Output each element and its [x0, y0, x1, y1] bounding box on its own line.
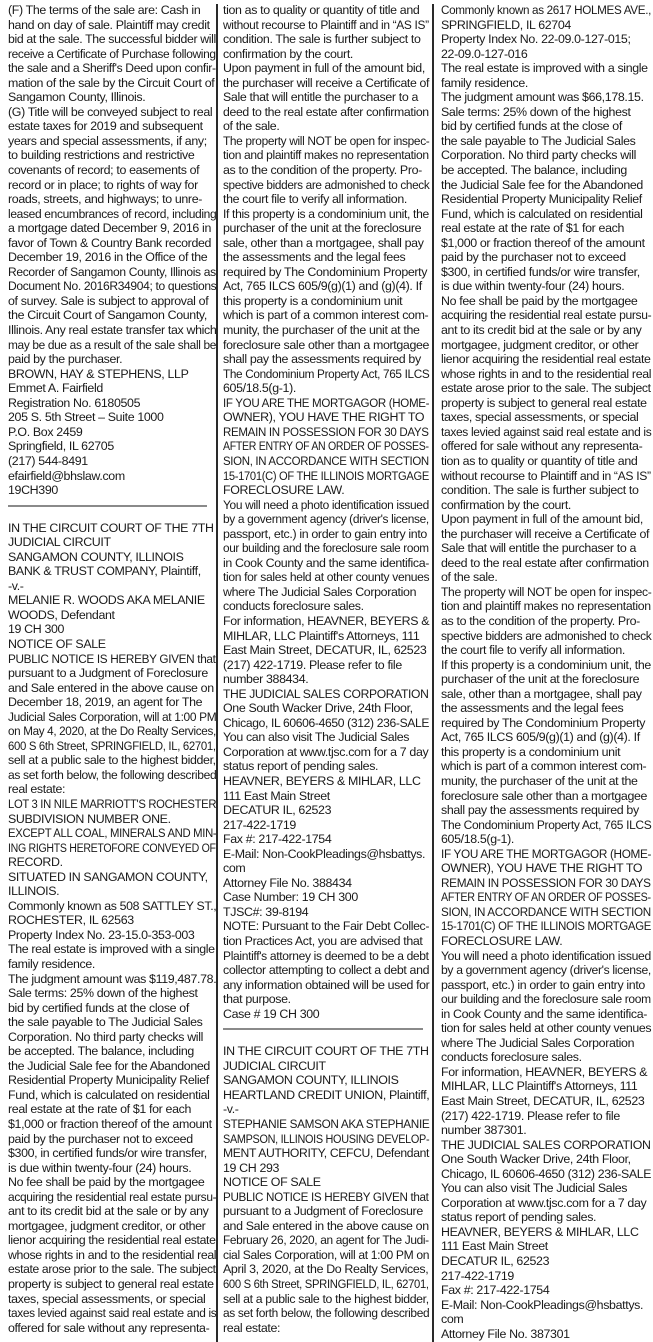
notice-line: The judgment amount was $66,178.15. — [441, 90, 644, 105]
notice-line: pursuant to a Judgment of Foreclosure — [223, 1204, 423, 1219]
notice-line: tion for sales held at other county venu… — [441, 1021, 651, 1036]
notice-line: THE JUDICIAL SALES CORPORATION — [223, 687, 429, 702]
notice-line: Attorney File No. 388434 — [223, 876, 352, 891]
notice-line: NOTE: Pursuant to the Fair Debt Collec- — [223, 919, 429, 934]
notice-line: 605/18.5(g-1). — [441, 832, 514, 847]
notice-line: SAMPSON, ILLINOIS HOUSING DEVELOP- — [223, 1132, 429, 1147]
notice-line: FORECLOSURE LAW. — [223, 483, 344, 498]
notice-line: mation of the sale by the Circuit Court … — [8, 76, 214, 91]
notice-line: 19 CH 300 — [8, 622, 64, 637]
notice-line: (217) 544-8491 — [8, 454, 88, 469]
notice-line: Fax #: 217-422-1754 — [441, 1283, 549, 1298]
notice-line: Judicial Sales Corporation, will at 1:00… — [8, 710, 216, 725]
notice-line: DECATUR IL, 62523 — [441, 1254, 549, 1269]
notice-text-block: Commonly known as 2617 HOLMES AVE.,SPRIN… — [441, 3, 651, 1341]
notice-line: If this property is a condominium unit, … — [441, 658, 651, 673]
notice-line: The property will NOT be open for inspec… — [441, 585, 651, 600]
notice-line: of the sale. — [441, 570, 497, 585]
notice-line: 217-422-1719 — [441, 1269, 514, 1284]
notice-line: number 387301. — [441, 1123, 526, 1138]
notice-line: bid by certified funds at the close of — [8, 1001, 189, 1016]
notice-line: -v.- — [223, 1102, 239, 1117]
notice-line: number 388434. — [223, 672, 308, 687]
notice-line: Sale that will entitle the purchaser to … — [441, 541, 636, 556]
notice-line: in Cook County and the same identifica- — [223, 556, 429, 571]
notice-line: SANGAMON COUNTY, ILLINOIS — [223, 1073, 399, 1088]
notice-line: sell at a public sale to the highest bid… — [223, 1292, 429, 1307]
notice-line: Corporation at www.tjsc.com for a 7 day — [223, 745, 428, 760]
notice-line: where The Judicial Sales Corporation — [441, 1036, 634, 1051]
notice-line: real estate at the rate of $1 for each — [8, 1102, 191, 1117]
notice-line: property is subject to general real esta… — [441, 396, 647, 411]
notice-line: taxes, special assessments, or special — [441, 410, 638, 425]
notice-line: Document No. 2016R34904; to questions — [8, 279, 216, 294]
notice-line: 605/18.5(g-1). — [223, 381, 296, 396]
notice-line: Upon payment in full of the amount bid, — [441, 512, 643, 527]
notice-line: which is part of a common interest com- — [441, 759, 646, 774]
notice-line: HEARTLAND CREDIT UNION, Plaintiff, — [223, 1088, 429, 1103]
notice-text-block: (F) The terms of the sale are: Cash inha… — [8, 3, 216, 498]
notice-line: No fee shall be paid by the mortgagee — [8, 1175, 204, 1190]
notice-line: this property is a condominium unit — [223, 294, 402, 309]
notice-separator-rule — [223, 1028, 423, 1030]
notice-line: AFTER ENTRY OF AN ORDER OF POSSES- — [441, 890, 651, 905]
notice-line: The Condominium Property Act, 765 ILCS — [223, 367, 429, 382]
notice-line: spective bidders are admonished to check — [223, 178, 429, 193]
notice-line: IF YOU ARE THE MORTGAGOR (HOME- — [223, 396, 429, 411]
notice-line: OWNER), YOU HAVE THE RIGHT TO — [223, 410, 424, 425]
notice-line: SPRINGFIELD, IL 62704 — [441, 18, 571, 33]
notice-line: If this property is a condominium unit, … — [223, 207, 429, 222]
notice-line: MIHLAR, LLC Plaintiff's Attorneys, 111 — [223, 629, 419, 644]
notice-line: (217) 422-1719. Please refer to file — [223, 658, 402, 673]
notice-line: (F) The terms of the sale are: Cash in — [8, 3, 200, 18]
notice-line: and Sale entered in the above cause on — [8, 681, 214, 696]
notice-line: DECATUR IL, 62523 — [223, 803, 331, 818]
notice-line: You can also visit The Judicial Sales — [441, 1181, 627, 1196]
notice-line: MENT AUTHORITY, CEFCU, Defendant — [223, 1146, 429, 1161]
notice-line: lienor acquiring the residential real es… — [8, 1233, 216, 1248]
notice-line: Property Index No. 22-09.0-127-015; — [441, 32, 631, 47]
notice-line: may be due as a result of the sale shall… — [8, 338, 216, 353]
notice-line: $300, in certified funds/or wire transfe… — [441, 265, 640, 280]
notice-line: TJSC#: 39-8194 — [223, 905, 308, 920]
notice-line: whose rights in and to the residential r… — [441, 367, 651, 382]
notice-line: without recourse to Plaintiff and in “AS… — [441, 469, 651, 484]
notice-line: the sale payable to The Judicial Sales — [441, 134, 636, 149]
notice-line: One South Wacker Drive, 24th Floor, — [223, 701, 413, 716]
notice-line: Attorney File No. 387301 — [441, 1327, 570, 1342]
notice-line: without recourse to Plaintiff and in “AS… — [223, 18, 429, 33]
notice-line: 19 CH 293 — [223, 1161, 279, 1176]
notice-line: December 18, 2019, an agent for The — [8, 695, 202, 710]
notice-line: Chicago, IL 60606-4650 (312) 236-SALE — [223, 716, 429, 731]
notice-line: For information, HEAVNER, BEYERS & — [223, 614, 429, 629]
notice-line: IF YOU ARE THE MORTGAGOR (HOME- — [441, 847, 651, 862]
notice-line: MELANIE R. WOODS AKA MELANIE — [8, 593, 205, 608]
notice-line: family residence. — [441, 76, 528, 91]
notice-line: E-Mail: Non-CookPleadings@hsbattys. — [441, 1298, 643, 1313]
notice-line: the assessments and the legal fees — [223, 250, 405, 265]
notice-line: real estate at the rate of $1 for each — [441, 221, 624, 236]
notice-line: JUDICIAL CIRCUIT — [223, 1059, 326, 1074]
notice-line: MIHLAR, LLC Plaintiff's Attorneys, 111 — [441, 1079, 637, 1094]
notice-line: REMAIN IN POSSESSION FOR 30 DAYS — [441, 876, 651, 891]
notice-line: 15-1701(C) OF THE ILLINOIS MORTGAGE — [441, 919, 651, 934]
notice-line: Sangamon County, Illinois. — [8, 90, 145, 105]
legal-notices-page: (F) The terms of the sale are: Cash inha… — [0, 0, 653, 1342]
notice-line: roads, streets, and highways; to unre- — [8, 192, 202, 207]
notice-line: Residential Property Municipality Relief — [8, 1073, 209, 1088]
notice-line: purchaser of the unit at the foreclosure — [223, 221, 421, 236]
notice-line: AFTER ENTRY OF AN ORDER OF POSSES- — [223, 439, 429, 454]
notice-line: Registration No. 6180505 — [8, 396, 140, 411]
notice-line: (G) Title will be conveyed subject to re… — [8, 105, 212, 120]
notice-line: purchaser of the unit at the foreclosure — [441, 672, 639, 687]
notice-line: confirmation by the court. — [441, 498, 571, 513]
notice-line: estate arose prior to the sale. The subj… — [441, 381, 651, 396]
notice-line: munity, the purchaser of the unit at the — [441, 774, 638, 789]
notice-line: For information, HEAVNER, BEYERS & — [441, 1065, 647, 1080]
notice-line: STEPHANIE SAMSON AKA STEPHANIE — [223, 1117, 429, 1132]
column-divider-2 — [432, 4, 434, 1342]
notice-line: sale, other than a mortgagee, shall pay — [441, 687, 642, 702]
notice-line: the Judicial Sale fee for the Abandoned — [441, 178, 643, 193]
notice-line: bid by certified funds at the close of — [441, 119, 622, 134]
notice-line: Fax #: 217-422-1754 — [223, 832, 331, 847]
notice-line: mortgagee, judgment creditor, or other — [441, 338, 638, 353]
notice-line: condition. The sale is further subject t… — [223, 32, 421, 47]
notice-line: status report of pending sales. — [441, 1210, 596, 1225]
notice-line: the assessments and the legal fees — [441, 701, 623, 716]
notice-line: our building and the foreclosure sale ro… — [223, 541, 429, 556]
notice-line: PUBLIC NOTICE IS HEREBY GIVEN that — [223, 1190, 429, 1205]
notice-line: 600 S 6th Street, SPRINGFIELD, IL, 62701… — [223, 1277, 429, 1292]
notice-line: estate arose prior to the sale. The subj… — [8, 1262, 216, 1277]
notice-line: East Main Street, DECATUR, IL, 62523 — [441, 1094, 644, 1109]
notice-line: acquiring the residential real estate pu… — [8, 1190, 216, 1205]
notice-line: condition. The sale is further subject t… — [441, 483, 639, 498]
notice-line: SITUATED IN SANGAMON COUNTY, — [8, 870, 208, 885]
notice-line: BROWN, HAY & STEPHENS, LLP — [8, 367, 188, 382]
notice-line: com — [223, 861, 245, 876]
notice-line: OWNER), YOU HAVE THE RIGHT TO — [441, 861, 642, 876]
notice-line: whose rights in and to the residential r… — [8, 1248, 216, 1263]
notice-line: 205 S. 5th Street – Suite 1000 — [8, 410, 164, 425]
column-1: (F) The terms of the sale are: Cash inha… — [8, 3, 216, 1335]
notice-line: the court file to verify all information… — [223, 192, 407, 207]
notice-line: efairfield@bhslaw.com — [8, 469, 125, 484]
notice-line: You will need a photo identification iss… — [441, 949, 651, 964]
notice-line: The real estate is improved with a singl… — [441, 61, 648, 76]
notice-line: 111 East Main Street — [223, 789, 330, 804]
notice-line: lienor acquiring the residential real es… — [441, 352, 651, 367]
notice-line: tion as to quality or quantity of title … — [441, 454, 637, 469]
notice-line: Case # 19 CH 300 — [223, 1007, 319, 1022]
notice-line: No fee shall be paid by the mortgagee — [441, 294, 637, 309]
notice-line: property is subject to general real esta… — [8, 1277, 214, 1292]
notice-line: The real estate is improved with a singl… — [8, 942, 215, 957]
notice-line: collector attempting to collect a debt a… — [223, 963, 429, 978]
notice-line: offered for sale without any representa- — [441, 439, 642, 454]
notice-line: favor of Town & Country Bank recorded — [8, 236, 211, 251]
notice-line: 15-1701(C) OF THE ILLINOIS MORTGAGE — [223, 469, 429, 484]
notice-line: to building restrictions and restrictive — [8, 148, 194, 163]
notice-line: the purchaser will receive a Certificate… — [441, 527, 649, 542]
notice-line: mortgagee, judgment creditor, or other — [8, 1219, 205, 1234]
notice-line: Corporation at www.tjsc.com for a 7 day — [441, 1196, 646, 1211]
notice-line: East Main Street, DECATUR, IL, 62523 — [223, 643, 426, 658]
notice-line: Commonly known as 2617 HOLMES AVE., — [441, 3, 651, 18]
notice-line: 600 S 6th Street, SPRINGFIELD, IL, 62701… — [8, 739, 216, 754]
notice-text-block: tion as to quality or quantity of title … — [223, 3, 429, 1021]
notice-line: E-Mail: Non-CookPleadings@hsbattys. — [223, 847, 425, 862]
notice-line: THE JUDICIAL SALES CORPORATION — [441, 1138, 651, 1153]
notice-line: the court file to verify all information… — [441, 643, 625, 658]
column-2: tion as to quality or quantity of title … — [223, 3, 429, 1335]
notice-line: tion for sales held at other county venu… — [223, 570, 429, 585]
notice-line: April 3, 2020, at the Do Realty Services… — [223, 1262, 428, 1277]
notice-line: The property will NOT be open for inspec… — [223, 134, 429, 149]
notice-line: confirmation by the court. — [223, 47, 353, 62]
notice-line: LOT 3 IN NILE MARRIOTT'S ROCHESTER — [8, 797, 216, 812]
notice-line: Act, 765 ILCS 605/9(g)(1) and (g)(4). If — [223, 279, 422, 294]
notice-line: tion Practices Act, you are advised that — [223, 934, 423, 949]
notice-line: shall pay the assessments required by — [441, 803, 639, 818]
notice-line: Recorder of Sangamon County, Illinois as — [8, 265, 216, 280]
notice-line: on May 4, 2020, at the Do Realty Service… — [8, 724, 216, 739]
notice-line: as set forth below, the following descri… — [223, 1306, 429, 1321]
notice-line: Chicago, IL 60606-4650 (312) 236-SALE — [441, 1167, 651, 1182]
notice-line: ING RIGHTS HERETOFORE CONVEYED OF — [8, 841, 216, 856]
notice-line: real estate: — [8, 782, 65, 797]
notice-line: Plaintiff's attorney is deemed to be a d… — [223, 949, 429, 964]
notice-line: WOODS, Defendant — [8, 608, 115, 623]
notice-line: as set forth below, the following descri… — [8, 768, 216, 783]
notice-line: record or in place; to rights of way for — [8, 178, 198, 193]
notice-line: the sale and a Sheriff's Deed upon confi… — [8, 61, 216, 76]
notice-line: be accepted. The balance, including — [441, 163, 627, 178]
notice-line: SION, IN ACCORDANCE WITH SECTION — [441, 905, 651, 920]
notice-line: December 19, 2016 in the Office of the — [8, 250, 207, 265]
notice-line: any information obtained will be used fo… — [223, 978, 429, 993]
notice-line: real estate: — [223, 1321, 280, 1336]
notice-line: Fund, which is calculated on residential — [441, 207, 643, 222]
notice-line: EXCEPT ALL COAL, MINERALS AND MIN- — [8, 826, 216, 841]
notice-line: Corporation. No third party checks will — [8, 1030, 203, 1045]
notice-line: our building and the foreclosure sale ro… — [441, 992, 651, 1007]
notice-line: is due within twenty-four (24) hours. — [8, 1161, 191, 1176]
notice-line: deed to the real estate after confirmati… — [223, 105, 429, 120]
notice-text-block: IN THE CIRCUIT COURT OF THE 7THJUDICIAL … — [223, 1044, 429, 1335]
notice-line: Residential Property Municipality Relief — [441, 192, 642, 207]
notice-line: this property is a condominium unit — [441, 745, 620, 760]
notice-line: offered for sale without any representa- — [8, 1321, 209, 1336]
notice-line: receive a Certificate of Purchase follow… — [8, 47, 216, 62]
notice-line: (217) 422-1719. Please refer to file — [441, 1109, 620, 1124]
notice-line: the sale payable to The Judicial Sales — [8, 1015, 203, 1030]
notice-line: $1,000 or fraction thereof of the amount — [441, 236, 645, 251]
notice-line: paid by the purchaser not to exceed — [8, 1132, 193, 1147]
notice-line: conducts foreclosure sales. — [223, 599, 364, 614]
notice-line: estate taxes for 2019 and subsequent — [8, 119, 203, 134]
notice-line: conducts foreclosure sales. — [441, 1050, 582, 1065]
notice-line: February 26, 2020, an agent for The Judi… — [223, 1233, 429, 1248]
notice-line: IN THE CIRCUIT COURT OF THE 7TH — [223, 1044, 429, 1059]
notice-line: a mortgage dated December 9, 2016 in — [8, 221, 211, 236]
notice-line: Case Number: 19 CH 300 — [223, 890, 358, 905]
notice-line: the Judicial Sale fee for the Abandoned — [8, 1059, 210, 1074]
notice-line: pursuant to a Judgment of Foreclosure — [8, 666, 208, 681]
notice-line: -v.- — [8, 579, 24, 594]
notice-line: required by The Condominium Property — [223, 265, 427, 280]
notice-line: that purpose. — [223, 992, 291, 1007]
notice-line: be accepted. The balance, including — [8, 1044, 194, 1059]
notice-line: status report of pending sales. — [223, 759, 378, 774]
notice-line: FORECLOSURE LAW. — [441, 934, 562, 949]
notice-line: where The Judicial Sales Corporation — [223, 585, 416, 600]
notice-line: SION, IN ACCORDANCE WITH SECTION — [223, 454, 429, 469]
notice-line: ROCHESTER, IL 62563 — [8, 913, 134, 928]
notice-line: Emmet A. Fairfield — [8, 381, 103, 396]
notice-line: required by The Condominium Property — [441, 716, 645, 731]
notice-line: 111 East Main Street — [441, 1239, 548, 1254]
notice-line: is due within twenty-four (24) hours. — [441, 279, 624, 294]
notice-line: REMAIN IN POSSESSION FOR 30 DAYS — [223, 425, 429, 440]
notice-line: Sale that will entitle the purchaser to … — [223, 90, 418, 105]
notice-line: $1,000 or fraction thereof of the amount — [8, 1117, 212, 1132]
notice-line: passport, etc.) in order to gain entry i… — [441, 978, 645, 993]
notice-line: in Cook County and the same identifica- — [441, 1007, 647, 1022]
notice-line: Commonly known as 508 SATTLEY ST., — [8, 899, 216, 914]
notice-line: taxes, special assessments, or special — [8, 1292, 205, 1307]
notice-line: Illinois. Any real estate transfer tax w… — [8, 323, 216, 338]
notice-line: tion as to quality or quantity of title … — [223, 3, 419, 18]
notice-line: by a government agency (driver's license… — [441, 963, 651, 978]
notice-line: years and special assessments, if any; — [8, 134, 207, 149]
notice-line: tion and plaintiff makes no representati… — [223, 148, 429, 163]
notice-line: tion and plaintiff makes no representati… — [441, 599, 651, 614]
notice-line: $300, in certified funds/or wire transfe… — [8, 1146, 207, 1161]
notice-line: acquiring the residential real estate pu… — [441, 308, 651, 323]
notice-line: ILLINOIS. — [8, 884, 59, 899]
column-3: Commonly known as 2617 HOLMES AVE.,SPRIN… — [441, 3, 651, 1341]
notice-line: NOTICE OF SALE — [223, 1175, 321, 1190]
notice-line: shall pay the assessments required by — [223, 352, 421, 367]
notice-line: foreclosure sale other than a mortgagee — [223, 338, 429, 353]
notice-text-block: IN THE CIRCUIT COURT OF THE 7THJUDICIAL … — [8, 521, 216, 1336]
notice-line: JUDICIAL CIRCUIT — [8, 535, 111, 550]
notice-line: You can also visit The Judicial Sales — [223, 730, 409, 745]
notice-line: taxes levied against said real estate an… — [8, 1306, 216, 1321]
notice-line: as to the condition of the property. Pro… — [441, 614, 640, 629]
notice-line: ant to its credit bid at the sale or by … — [8, 1204, 209, 1219]
notice-line: One South Wacker Drive, 24th Floor, — [441, 1152, 631, 1167]
notice-line: SANGAMON COUNTY, ILLINOIS — [8, 550, 184, 565]
notice-line: HEAVNER, BEYERS & MIHLAR, LLC — [441, 1225, 639, 1240]
notice-line: by a government agency (driver's license… — [223, 512, 429, 527]
notice-line: of survey. Sale is subject to approval o… — [8, 294, 208, 309]
notice-line: spective bidders are admonished to check — [441, 629, 651, 644]
notice-line: Act, 765 ILCS 605/9(g)(1) and (g)(4). If — [441, 730, 640, 745]
column-divider-1 — [216, 4, 218, 1342]
notice-line: taxes levied against said real estate an… — [441, 425, 651, 440]
notice-line: 19CH390 — [8, 483, 58, 498]
notice-line: IN THE CIRCUIT COURT OF THE 7TH — [8, 521, 214, 536]
notice-line: bid at the sale. The successful bidder w… — [8, 32, 216, 47]
notice-line: deed to the real estate after confirmati… — [441, 556, 649, 571]
notice-line: Sale terms: 25% down of the highest — [441, 105, 631, 120]
notice-line: leased encumbrances of record, including — [8, 207, 216, 222]
notice-line: RECORD. — [8, 855, 63, 870]
notice-line: HEAVNER, BEYERS & MIHLAR, LLC — [223, 774, 421, 789]
notice-line: You will need a photo identification iss… — [223, 498, 429, 513]
notice-line: 22-09.0-127-016 — [441, 47, 527, 62]
notice-line: The Condominium Property Act, 765 ILCS — [441, 818, 651, 833]
notice-line: munity, the purchaser of the unit at the — [223, 323, 420, 338]
notice-line: Springfield, IL 62705 — [8, 439, 114, 454]
notice-line: sell at a public sale to the highest bid… — [8, 753, 216, 768]
notice-line: com — [441, 1312, 463, 1327]
notice-line: which is part of a common interest com- — [223, 308, 428, 323]
notice-line: family residence. — [8, 957, 95, 972]
notice-line: paid by the purchaser. — [8, 352, 122, 367]
notice-line: Upon payment in full of the amount bid, — [223, 61, 425, 76]
notice-separator-rule — [8, 505, 207, 507]
notice-line: and Sale entered in the above cause on — [223, 1219, 429, 1234]
notice-line: The judgment amount was $119,487.78. — [8, 972, 216, 987]
notice-line: hand on day of sale. Plaintiff may credi… — [8, 18, 210, 33]
notice-line: Property Index No. 23-15.0-353-003 — [8, 928, 194, 943]
notice-line: paid by the purchaser not to exceed — [441, 250, 626, 265]
notice-line: P.O. Box 2459 — [8, 425, 82, 440]
notice-line: ant to its credit bid at the sale or by … — [441, 323, 642, 338]
notice-line: covenants of record; to easements of — [8, 163, 199, 178]
notice-line: of the sale. — [223, 119, 279, 134]
notice-line: 217-422-1719 — [223, 818, 296, 833]
notice-line: Sale terms: 25% down of the highest — [8, 986, 198, 1001]
notice-line: as to the condition of the property. Pro… — [223, 163, 422, 178]
notice-line: the Circuit Court of Sangamon County, — [8, 308, 207, 323]
notice-line: passport, etc.) in order to gain entry i… — [223, 527, 427, 542]
notice-line: the purchaser will receive a Certificate… — [223, 76, 429, 91]
notice-line: BANK & TRUST COMPANY, Plaintiff, — [8, 564, 201, 579]
notice-line: Fund, which is calculated on residential — [8, 1088, 210, 1103]
notice-line: NOTICE OF SALE — [8, 637, 106, 652]
notice-line: Corporation. No third party checks will — [441, 148, 636, 163]
notice-line: sale, other than a mortgagee, shall pay — [223, 236, 424, 251]
notice-line: PUBLIC NOTICE IS HEREBY GIVEN that — [8, 652, 216, 667]
notice-line: SUBDIVISION NUMBER ONE. — [8, 812, 171, 827]
notice-line: cial Sales Corporation, will at 1:00 PM … — [223, 1248, 429, 1263]
notice-line: foreclosure sale other than a mortgagee — [441, 789, 647, 804]
